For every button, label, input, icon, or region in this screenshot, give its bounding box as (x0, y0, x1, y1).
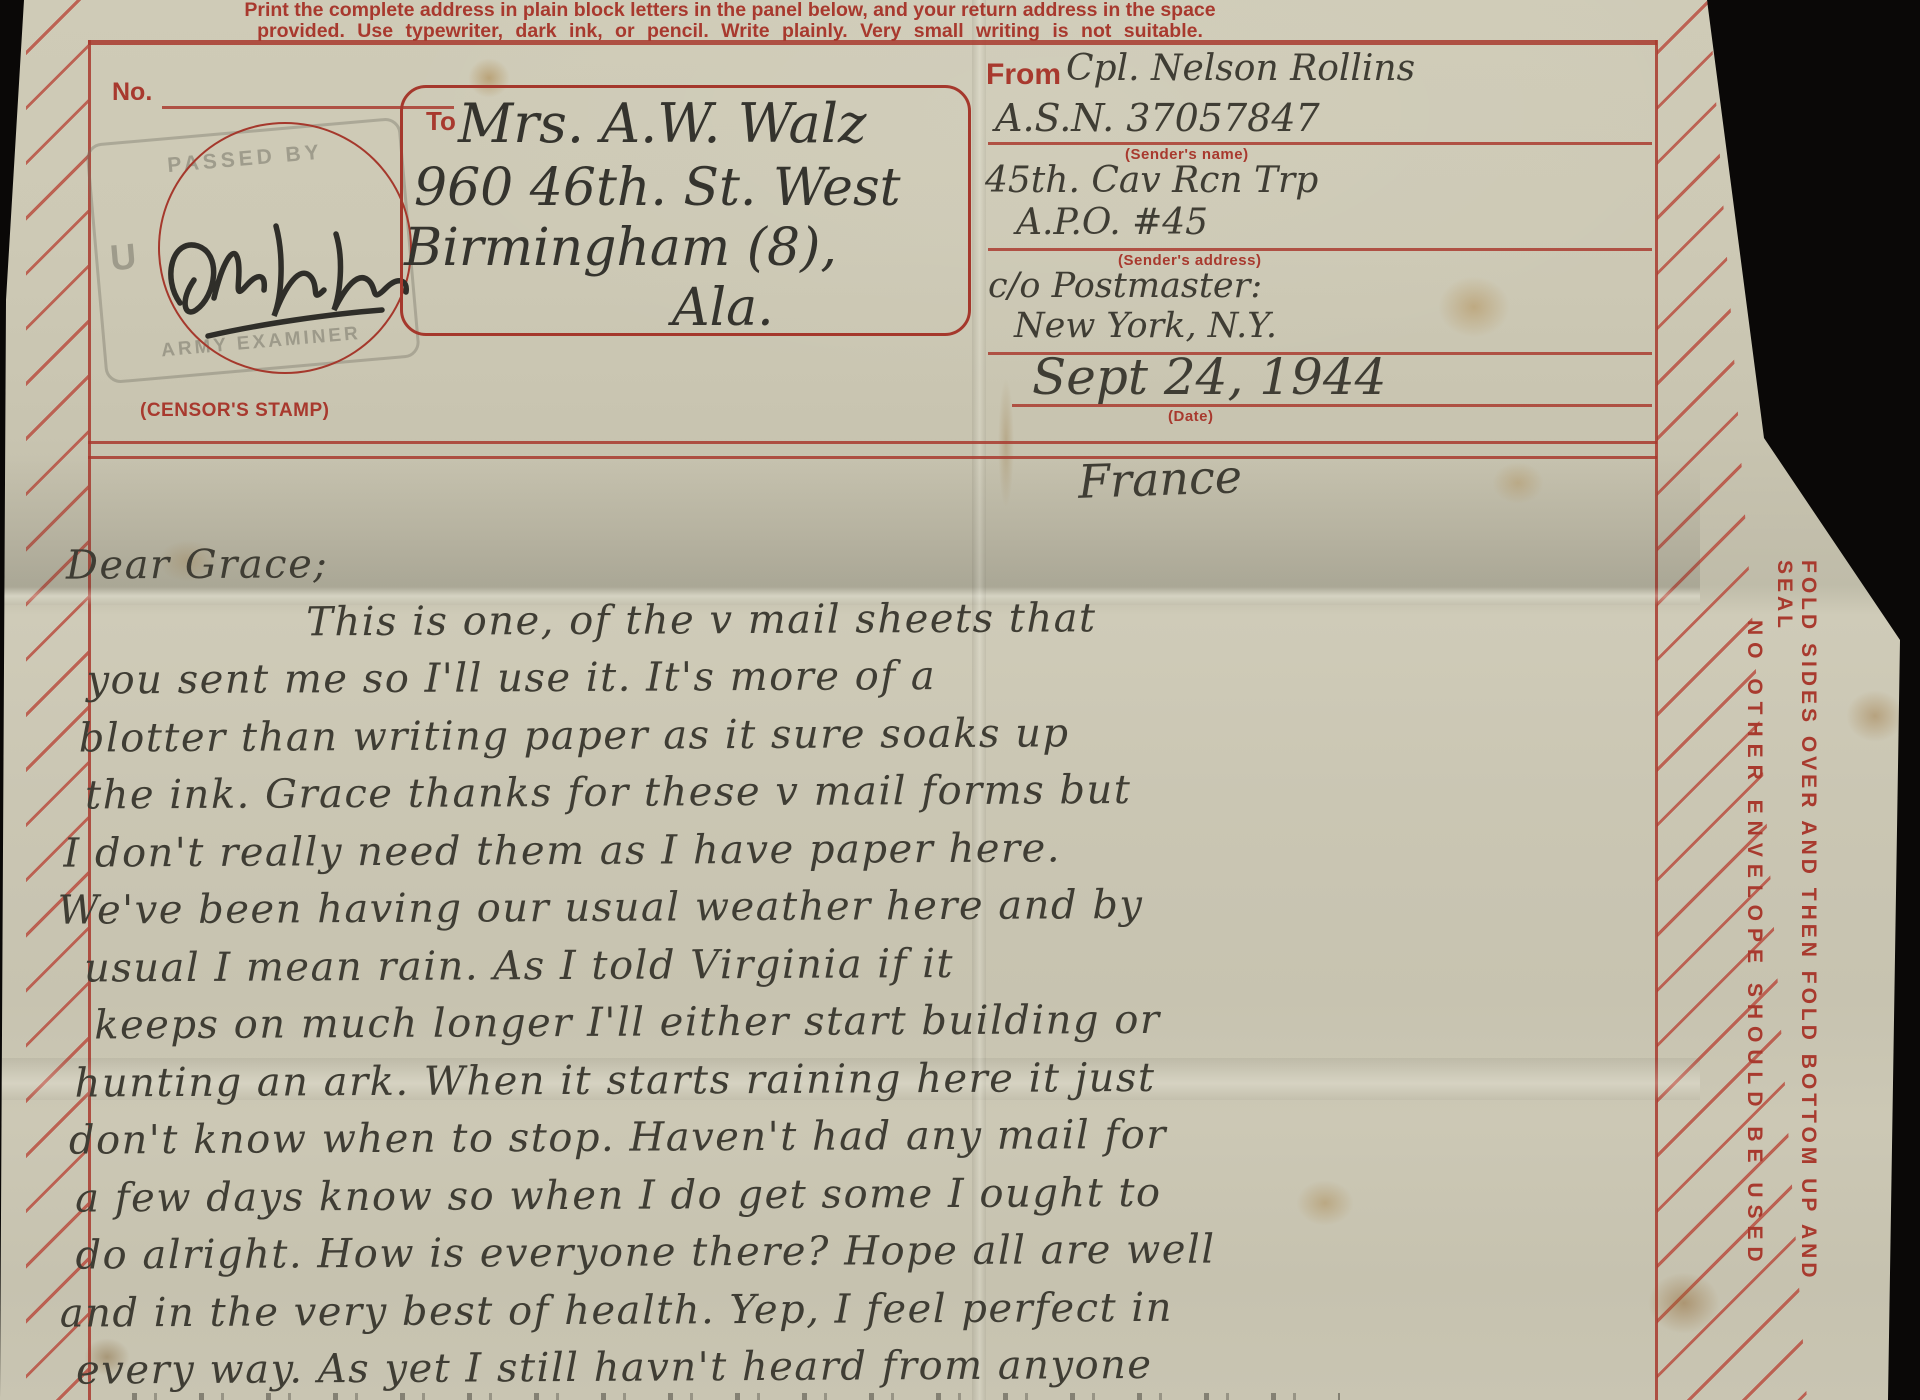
to-label: To (426, 106, 456, 137)
sender-name: Cpl. Nelson Rollins (1066, 48, 1415, 89)
sender-care-of: c/o Postmaster: (988, 266, 1262, 306)
letter-salutation: Dear Grace; (66, 530, 1456, 595)
sender-city: New York, N.Y. (1014, 306, 1277, 346)
letter-line: and in the very best of health. Yep, I f… (60, 1278, 1460, 1343)
letter-line: hunting an ark. When it starts raining h… (74, 1048, 1458, 1113)
form-instructions-line-1: Print the complete address in plain bloc… (145, 0, 1315, 21)
letter-line: the ink. Grace thanks for these v mail f… (85, 760, 1457, 825)
sender-asn: A.S.N. 37057847 (995, 96, 1320, 140)
date-line (1012, 404, 1652, 407)
clipped-last-line (90, 1393, 1340, 1400)
letter-line: blotter than writing paper as it sure so… (79, 703, 1457, 768)
paper-stain (1846, 690, 1904, 742)
recipient-name: Mrs. A.W. Walz (458, 92, 866, 155)
letter-line: do alright. How is everyone there? Hope … (75, 1220, 1459, 1285)
letter-line: usual I mean rain. As I told Virginia if… (84, 933, 1458, 998)
letter-line: We've been having our usual weather here… (58, 875, 1458, 940)
date-label: (Date) (1168, 408, 1214, 425)
recipient-state: Ala. (672, 278, 774, 338)
sender-apo: A.P.O. #45 (1016, 202, 1208, 243)
letter-line: I don't really need them as I have paper… (63, 818, 1457, 883)
form-instructions-line-2: provided. Use typewriter, dark ink, or p… (145, 21, 1315, 42)
sender-unit: 45th. Cav Rcn Trp (985, 160, 1318, 201)
letter-line: don't know when to stop. Haven't had any… (69, 1105, 1459, 1170)
examiner-stamp-letter: U (108, 235, 138, 279)
letter-body: Dear Grace; This is one, of the v mail s… (56, 530, 1460, 1400)
letter-line: This is one, of the v mail sheets that (306, 588, 1456, 652)
sender-name-line (988, 142, 1652, 145)
from-label: From (986, 58, 1061, 92)
paper-stain (1492, 462, 1544, 504)
letter-line: keeps on much longer I'll either start b… (94, 990, 1458, 1055)
letter-date: Sept 24, 1944 (1032, 348, 1387, 406)
recipient-street: 960 46th. St. West (414, 158, 901, 218)
letter-location: France (1077, 449, 1243, 509)
letter-line: a few days know so when I do get some I … (75, 1163, 1459, 1228)
letter-line: every way. As yet I still havn't heard f… (76, 1335, 1460, 1400)
header-bottom-rule-2 (88, 456, 1657, 459)
form-instructions: Print the complete address in plain bloc… (145, 0, 1315, 42)
header-bottom-rule-1 (88, 441, 1657, 444)
header-top-rule (88, 40, 1657, 45)
no-label: No. (112, 78, 152, 107)
recipient-city: Birmingham (8), (404, 218, 837, 278)
letter-line: you sent me so I'll use it. It's more of… (86, 645, 1456, 710)
form-right-border (1655, 40, 1658, 1400)
censor-stamp-label: (CENSOR'S STAMP) (140, 400, 330, 422)
paper-stain (1438, 276, 1510, 338)
fold-instruction-line-2: NO OTHER ENVELOPE SHOULD BE USED (1742, 620, 1766, 1270)
vmail-letter-sheet: Print the complete address in plain bloc… (0, 0, 1920, 1400)
fold-instruction-line-1: FOLD SIDES OVER AND THEN FOLD BOTTOM UP … (1772, 560, 1820, 1360)
sender-address-line (988, 248, 1652, 251)
